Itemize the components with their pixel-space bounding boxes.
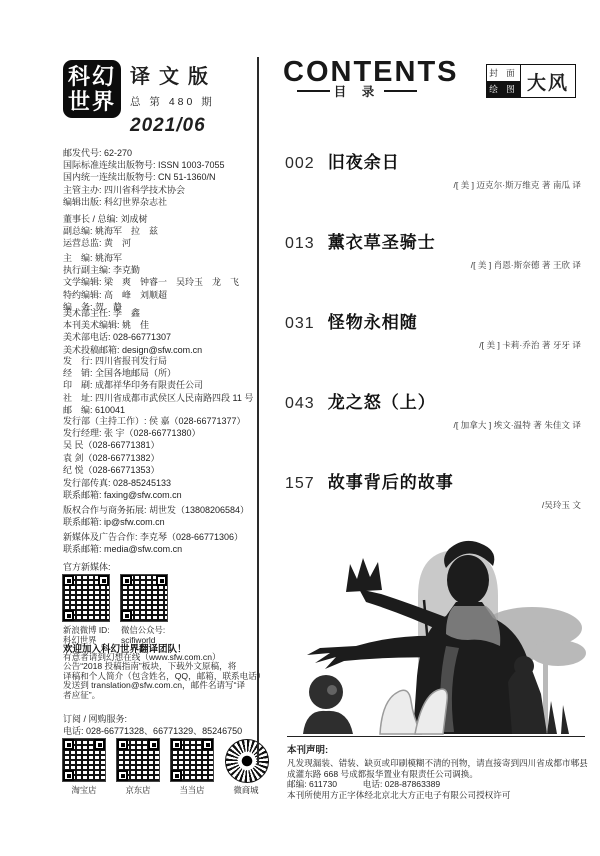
cover-label-bottom: 绘 图: [487, 81, 520, 97]
toc-story-title: 故事背后的故事: [328, 468, 454, 493]
text-line: 纪 悦（028-66771353）: [63, 464, 263, 476]
column-divider: [257, 57, 259, 765]
issue-number: 总 第 480 期: [130, 93, 236, 110]
weshop-round-qr-code: [225, 739, 269, 783]
qr-finder-icon: [171, 770, 182, 781]
text-line: 社 址: 四川省成都市武侯区人民南路四段 11 号: [63, 392, 263, 404]
text-line: 邮发代号: 62-270: [63, 147, 263, 159]
qr-finder-icon: [98, 575, 109, 586]
statement-title: 本刊声明:: [287, 742, 585, 756]
media-contact: 新媒体及广告合作: 李克琴（028-66771306）联系邮箱: media@s…: [63, 531, 263, 555]
issue-date: 2021/06: [130, 114, 236, 138]
fax-contact: 发行部传真: 028-85245133联系邮箱: faxing@sfw.com.…: [63, 477, 263, 501]
toc-author-credit: /[ 美 ] 迈克尔·斯万维克 著 南瓜 译: [285, 179, 581, 191]
text-line: 发 行: 四川省报刊发行局: [63, 355, 263, 367]
cover-credit-labels: 封 面 绘 图: [487, 65, 520, 97]
toc-entry: 043 龙之怒（上） /[ 加拿大 ] 埃文·温特 著 朱佳文 译: [285, 388, 581, 431]
text-line: 编辑出版: 科幻世界杂志社: [63, 196, 263, 208]
toc-author-credit: /[ 加拿大 ] 埃文·温特 著 朱佳文 译: [285, 419, 581, 431]
qr-finder-icon: [121, 610, 132, 621]
shop-label: 微商城: [225, 786, 267, 796]
qr-finder-icon: [63, 739, 74, 750]
edition-name: 译文版: [130, 60, 236, 89]
publication-codes: 邮发代号: 62-270国际标准连续出版物号: ISSN 1003-7055国内…: [63, 147, 263, 184]
toc-entry-head: 013 薰衣草圣骑士: [285, 228, 581, 253]
text-line: 发行部（主持工作）: 侯 嘉（028-66771377）: [63, 415, 263, 427]
distribution-info: 发 行: 四川省报刊发行局经 销: 全国各地邮局（所）印 刷: 成都祥华印务有限…: [63, 355, 263, 416]
scifi-world-logo: 科幻 世界: [63, 60, 121, 118]
text-line: 副总编: 姚海军 拉 兹: [63, 225, 263, 237]
qr-finder-icon: [148, 739, 159, 750]
toc-page-number: 157: [285, 475, 315, 493]
toc-entry: 002 旧夜余日 /[ 美 ] 迈克尔·斯万维克 著 南瓜 译: [285, 148, 581, 191]
masthead-issue-info: 译文版 总 第 480 期 2021/06: [130, 60, 236, 124]
weibo-qr-code: [63, 575, 109, 621]
text-line: 经 销: 全国各地邮局（所）: [63, 367, 263, 379]
text-line: 运营总监: 黄 河: [63, 237, 263, 249]
toc-entry-head: 043 龙之怒（上）: [285, 388, 581, 413]
rule-left: [297, 90, 330, 93]
text-line: 本刊所使用方正字体经北京北大方正电子有限公司授权许可: [287, 790, 585, 801]
text-line: 凡发现漏装、错装、缺页或印刷模糊不清的刊物，请直接寄到四川省成都市郫县: [287, 758, 585, 769]
social-media-heading: 官方新媒体:: [63, 561, 263, 573]
logo-line-1: 科幻: [68, 64, 116, 89]
text-line: 执行副主编: 李克勤: [63, 264, 263, 276]
text-line: 电话: 028-66771328、66771329、85246750: [63, 726, 263, 738]
text-line: 文学编辑: 梁 爽 钟睿一 吴玲玉 龙 飞: [63, 276, 263, 288]
qr-finder-icon: [202, 739, 213, 750]
qr-finder-icon: [63, 575, 74, 586]
qr-finder-icon: [156, 575, 167, 586]
shop-qr-codes: [63, 739, 269, 783]
cover-label-top: 封 面: [487, 65, 520, 81]
text-line: 版权合作与商务拓展: 胡世发（13808206584）: [63, 504, 263, 516]
rule-right: [384, 90, 417, 93]
warrior-illustration-graphic: [296, 504, 588, 736]
qr-finder-icon: [171, 739, 182, 750]
toc-page-number: 013: [285, 235, 315, 253]
social-qr-codes: [63, 575, 167, 621]
toc-story-title: 薰衣草圣骑士: [328, 228, 436, 253]
magazine-masthead: 科幻 世界 译文版 总 第 480 期 2021/06: [63, 60, 238, 124]
text-line: 国内统一连续出版物号: CN 51-1360/N: [63, 171, 263, 183]
toc-entry-head: 031 怪物永相随: [285, 308, 581, 333]
subscription-info: 订阅 / 网购服务:电话: 028-66771328、66771329、8524…: [63, 714, 263, 737]
qr-finder-icon: [117, 739, 128, 750]
toc-story-title: 龙之怒（上）: [328, 388, 436, 413]
taobao-qr-code: [63, 739, 105, 781]
text-line: 美术部主任: 李 鑫: [63, 307, 263, 319]
logo-line-2: 世界: [68, 89, 116, 114]
circulation-contacts: 发行部（主持工作）: 侯 嘉（028-66771377）发行经理: 张 宇（02…: [63, 415, 263, 476]
toc-page-number: 043: [285, 395, 315, 413]
toc-story-title: 怪物永相随: [328, 308, 418, 333]
contents-title-cn: 目 录: [330, 82, 384, 100]
shop-label: 京东店: [117, 786, 159, 796]
text-line: 邮编: 611730 电话: 028-87863389: [287, 779, 585, 790]
editorial-credits: 主 编: 姚海军执行副主编: 李克勤文学编辑: 梁 爽 钟睿一 吴玲玉 龙 飞特…: [63, 252, 263, 313]
text-line: 董事长 / 总编: 刘成树: [63, 213, 263, 225]
toc-author-credit: /[ 美 ] 肖恩·斯奈德 著 王欣 译: [285, 259, 581, 271]
art-department-credits: 美术部主任: 李 鑫本刊美术编辑: 姚 佳美术部电话: 028-66771307…: [63, 307, 263, 356]
shop-label: 淘宝店: [63, 786, 105, 796]
shop-qr-labels: 淘宝店 京东店 当当店 微商城: [63, 786, 267, 796]
jd-qr-code: [117, 739, 159, 781]
wechat-qr-code: [121, 575, 167, 621]
statement-body: 凡发现漏装、错装、缺页或印刷模糊不清的刊物，请直接寄到四川省成都市郫县成灌东路 …: [287, 758, 585, 800]
toc-author-credit: /[ 美 ] 卡莉·乔治 著 牙牙 译: [285, 339, 581, 351]
qr-finder-icon: [117, 770, 128, 781]
toc-page-number: 031: [285, 315, 315, 333]
cover-art-credit-badge: 封 面 绘 图 大风: [486, 64, 576, 98]
text-line: 新媒体及广告合作: 李克琴（028-66771306）: [63, 531, 263, 543]
rights-contact: 版权合作与商务拓展: 胡世发（13808206584）联系邮箱: ip@sfw.…: [63, 504, 263, 528]
dangdang-qr-code: [171, 739, 213, 781]
text-line: 联系邮箱: faxing@sfw.com.cn: [63, 489, 263, 501]
qr-finder-icon: [63, 770, 74, 781]
text-line: 吴 民（028-66771381）: [63, 439, 263, 451]
text-line: 印 刷: 成都祥华印务有限责任公司: [63, 379, 263, 391]
board-credits: 董事长 / 总编: 刘成树副总编: 姚海军 拉 兹运营总监: 黄 河: [63, 213, 263, 250]
text-line: 订阅 / 网购服务:: [63, 714, 263, 726]
magazine-contents-page: 科幻 世界 译文版 总 第 480 期 2021/06 邮发代号: 62-270…: [0, 0, 600, 856]
text-line: 国际标准连续出版物号: ISSN 1003-7055: [63, 159, 263, 171]
text-line: 本刊美术编辑: 姚 佳: [63, 319, 263, 331]
text-line: 联系邮箱: media@sfw.com.cn: [63, 543, 263, 555]
text-line: 发行经理: 张 宇（028-66771380）: [63, 427, 263, 439]
text-line: 者应征”。: [63, 691, 263, 700]
publisher-statement: 本刊声明: 凡发现漏装、错装、缺页或印刷模糊不清的刊物，请直接寄到四川省成都市郫…: [287, 736, 585, 800]
recruit-notice: 有意者请到幻想在线（www.sfw.com.cn）公告“2018 投稿指南”板块…: [63, 653, 263, 700]
toc-entry-head: 157 故事背后的故事: [285, 468, 581, 493]
qr-finder-icon: [94, 739, 105, 750]
toc-entry: 013 薰衣草圣骑士 /[ 美 ] 肖恩·斯奈德 著 王欣 译: [285, 228, 581, 271]
qr-finder-icon: [63, 610, 74, 621]
text-line: 主 编: 姚海军: [63, 252, 263, 264]
text-line: 成灌东路 668 号成都报华置业有限责任公司调换。: [287, 769, 585, 780]
text-line: 美术部电话: 028-66771307: [63, 331, 263, 343]
qr-finder-icon: [121, 575, 132, 586]
toc-story-title: 旧夜余日: [328, 148, 400, 173]
social-media-label: 官方新媒体:: [63, 562, 111, 572]
text-line: 主管主办: 四川省科学技术协会: [63, 184, 263, 196]
cover-illustration: [296, 504, 588, 741]
toc-entry: 031 怪物永相随 /[ 美 ] 卡莉·乔治 著 牙牙 译: [285, 308, 581, 351]
text-line: 发行部传真: 028-85245133: [63, 477, 263, 489]
cover-artist-name: 大风: [520, 65, 575, 97]
contents-header: CONTENTS 目 录: [283, 56, 431, 100]
toc-entry-head: 002 旧夜余日: [285, 148, 581, 173]
toc-page-number: 002: [285, 155, 315, 173]
text-line: 联系邮箱: ip@sfw.com.cn: [63, 516, 263, 528]
shop-label: 当当店: [171, 786, 213, 796]
publisher-info: 主管主办: 四川省科学技术协会编辑出版: 科幻世界杂志社: [63, 184, 263, 208]
text-line: 特约编辑: 高 峰 刘顺超: [63, 289, 263, 301]
text-line: 美术投稿邮箱: design@sfw.com.cn: [63, 344, 263, 356]
text-line: 袁 剑（028-66771382）: [63, 452, 263, 464]
